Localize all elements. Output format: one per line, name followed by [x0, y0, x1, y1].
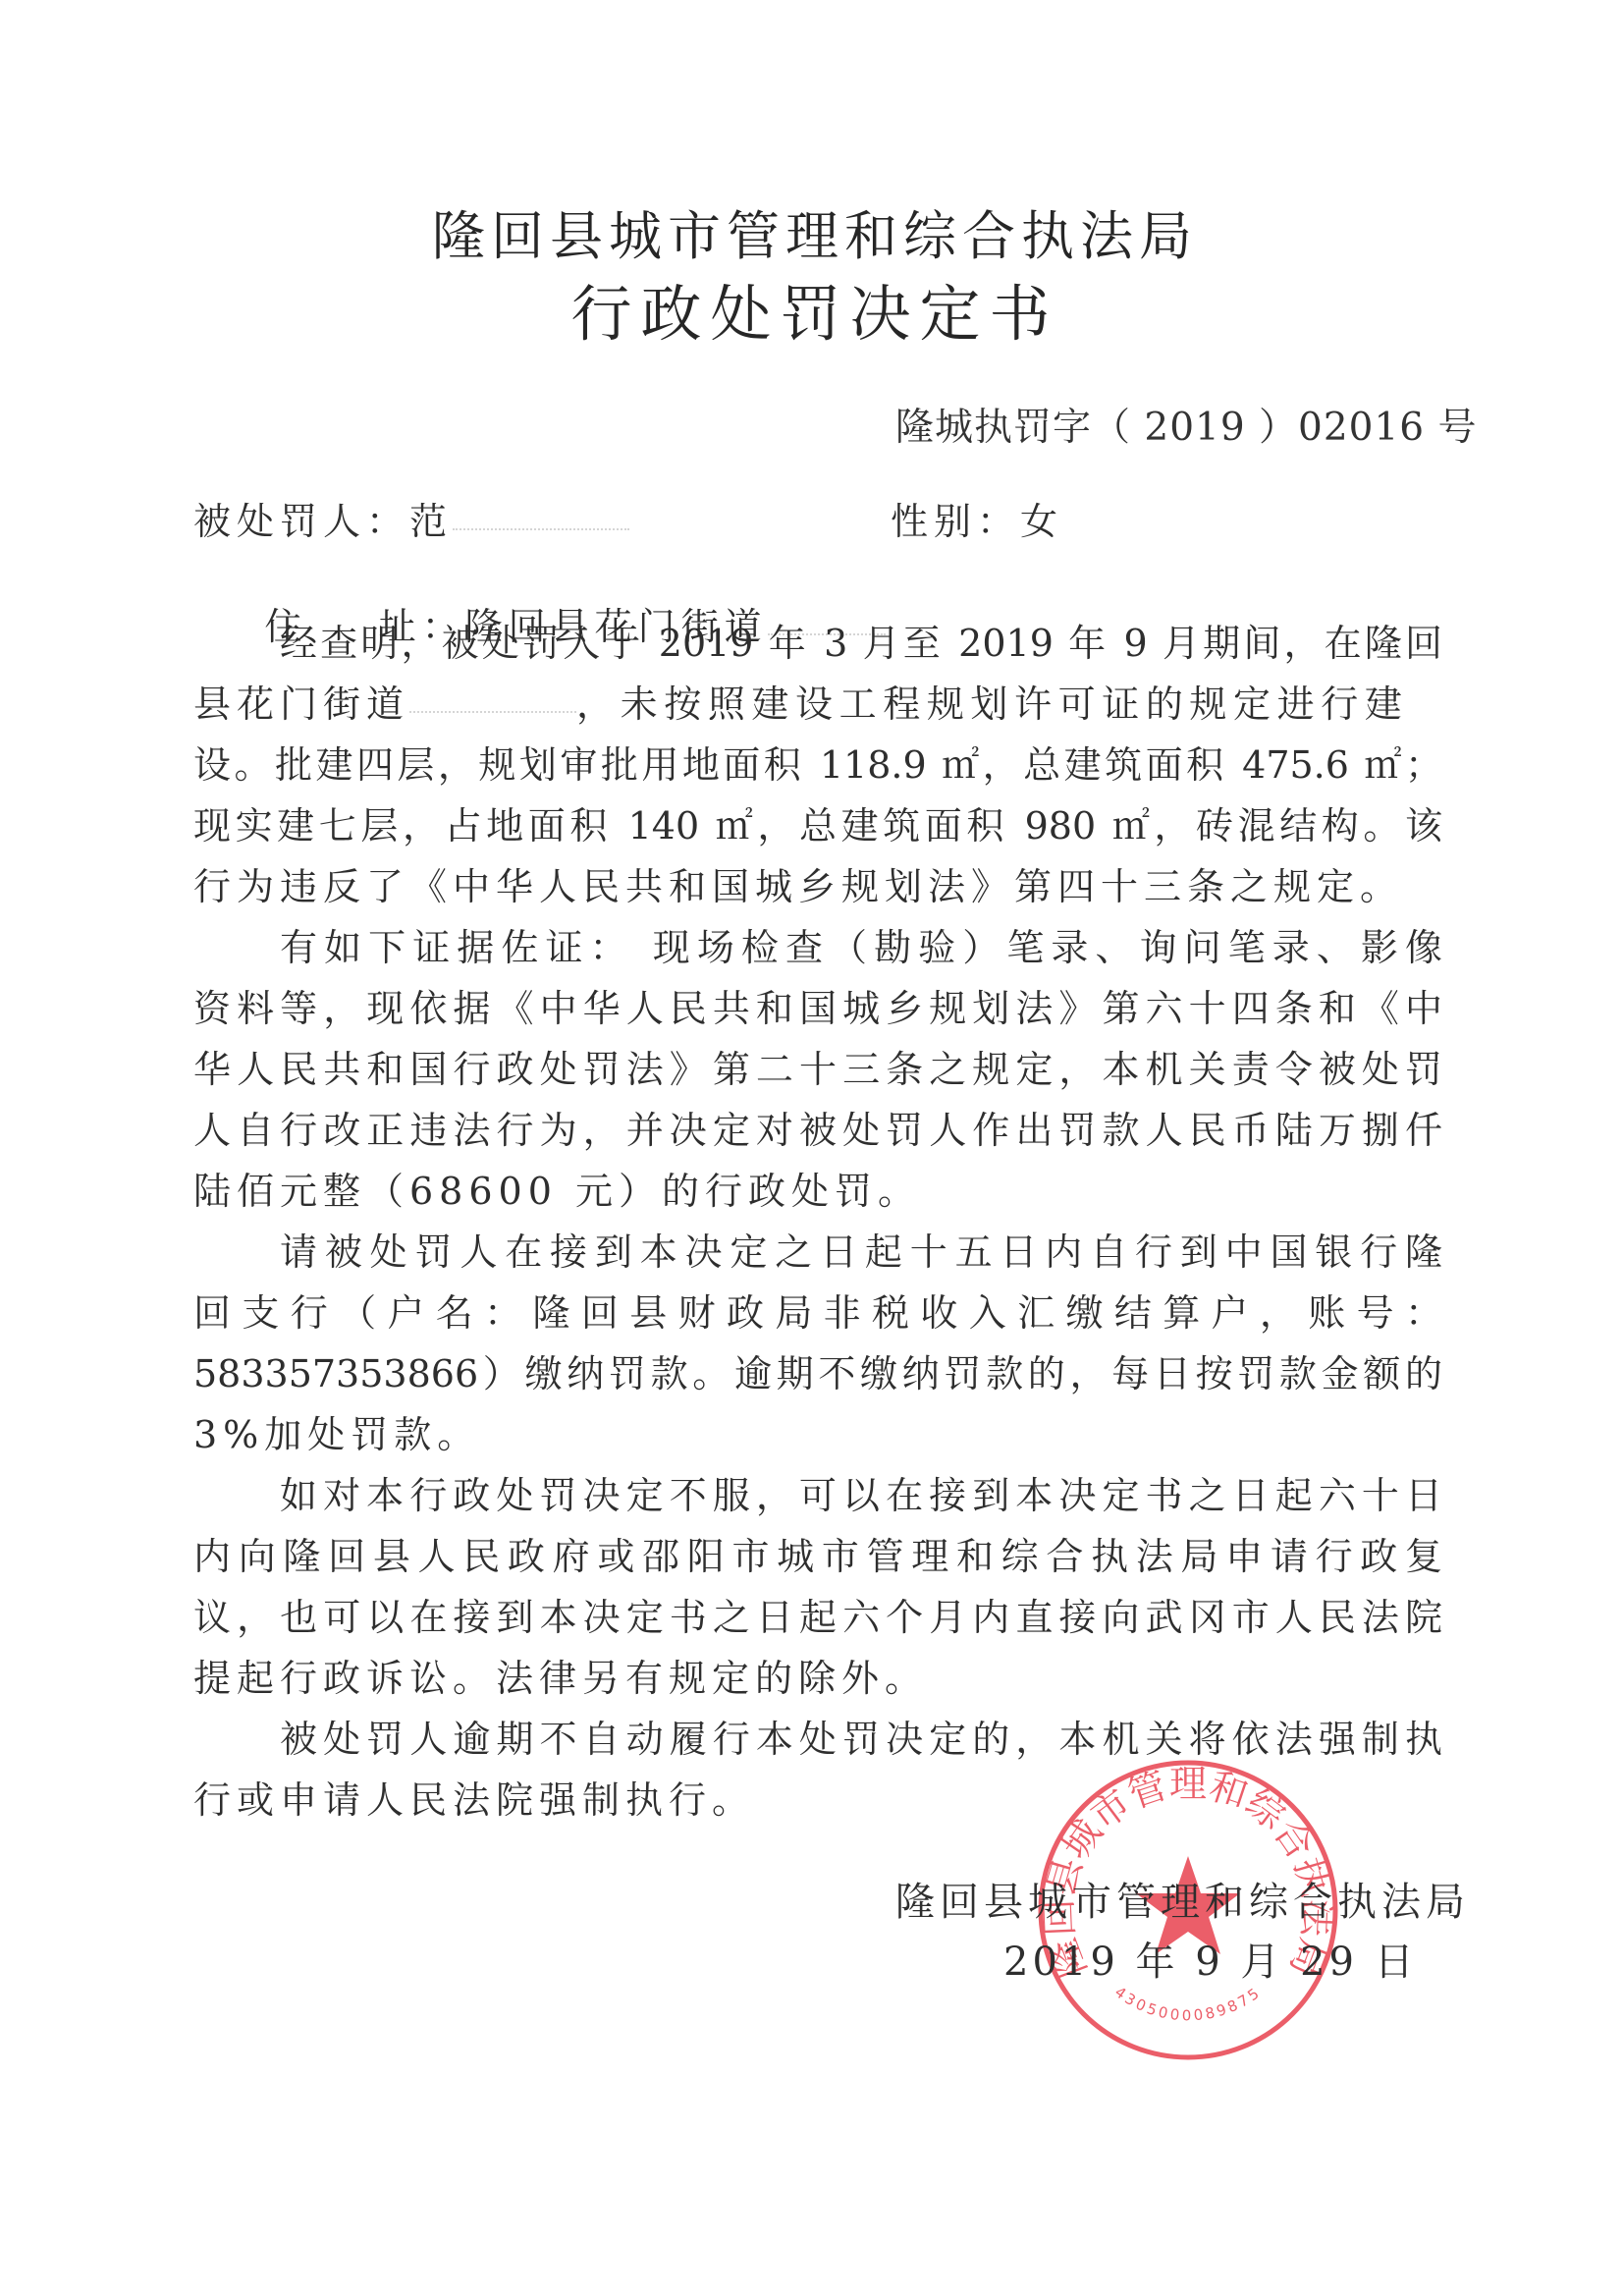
paragraph-line: 有如下证据佐证： 现场检查（勘验）笔录、询问笔录、影像: [280, 917, 1442, 971]
party-name-value: 范: [409, 500, 453, 543]
paragraph-line: 如对本行政处罚决定不服，可以在接到本决定书之日起六十日: [280, 1465, 1442, 1519]
paragraph-line: 人自行改正违法行为，并决定对被处罚人作出罚款人民币陆万捌仟: [193, 1100, 1442, 1154]
seal-code: 4305000089875: [1111, 1983, 1265, 2024]
paragraph-line: 议，也可以在接到本决定书之日起六个月内直接向武冈市人民法院: [193, 1587, 1442, 1641]
gender-label: 性别：: [891, 500, 1020, 543]
party-name-label: 被处罚人：: [193, 500, 409, 543]
paragraph-line: 经查明，被处罚人于 2019 年 3 月至 2019 年 9 月期间，在隆回: [280, 613, 1442, 667]
paragraph-line: 资料等，现依据《中华人民共和国城乡规划法》第六十四条和《中: [193, 978, 1442, 1032]
document-page: 隆回县城市管理和综合执法局 行政处罚决定书 隆城执罚字（ 2019 ）02016…: [0, 0, 1623, 2296]
paragraph-line: 行为违反了《中华人民共和国城乡规划法》第四十三条之规定。: [193, 856, 1442, 910]
paragraph-line: 内向隆回县人民政府或邵阳市城市管理和综合执法局申请行政复: [193, 1526, 1442, 1580]
line-text: 县花门街道: [193, 683, 409, 726]
party-name-row: 被处罚人：范: [193, 491, 629, 545]
gender-row: 性别：女: [891, 491, 1063, 545]
document-title: 行政处罚决定书: [550, 265, 1080, 353]
line-text: ，未按照建设工程规划许可证的规定进行建: [576, 683, 1408, 726]
paragraph-line: 3%加处罚款。: [193, 1404, 1442, 1458]
paragraph-line: 583357353866）缴纳罚款。逾期不缴纳罚款的，每日按罚款金额的: [193, 1343, 1442, 1397]
paragraph-line: 县花门街道，未按照建设工程规划许可证的规定进行建: [193, 674, 1442, 728]
gender-value: 女: [1020, 500, 1063, 543]
signature-issuer: 隆回县城市管理和综合执法局: [895, 1871, 1470, 1927]
svg-text:4305000089875: 4305000089875: [1111, 1983, 1265, 2024]
redacted-name: [453, 520, 629, 530]
document-number: 隆城执罚字（ 2019 ）02016 号: [895, 397, 1478, 452]
paragraph-line: 陆佰元整（68600 元）的行政处罚。: [193, 1161, 1442, 1215]
paragraph-line: 提起行政诉讼。法律另有规定的除外。: [193, 1648, 1442, 1702]
paragraph-line: 现实建七层，占地面积 140 ㎡，总建筑面积 980 ㎡，砖混结构。该: [193, 795, 1442, 849]
signature-date: 2019 年 9 月 29 日: [1003, 1931, 1418, 1987]
paragraph-line: 设。批建四层，规划审批用地面积 118.9 ㎡，总建筑面积 475.6 ㎡；: [193, 735, 1442, 789]
paragraph-line: 请被处罚人在接到本决定之日起十五日内自行到中国银行隆: [280, 1222, 1442, 1276]
paragraph-line: 华人民共和国行政处罚法》第二十三条之规定，本机关责令被处罚: [193, 1039, 1442, 1093]
paragraph-line: 回支行（户名：隆回县财政局非税收入汇缴结算户，账号：: [193, 1283, 1442, 1337]
issuer-title: 隆回县城市管理和综合执法局: [422, 194, 1208, 270]
redacted-address: [409, 703, 576, 713]
paragraph-line: 被处罚人逾期不自动履行本处罚决定的，本机关将依法强制执: [280, 1709, 1442, 1763]
